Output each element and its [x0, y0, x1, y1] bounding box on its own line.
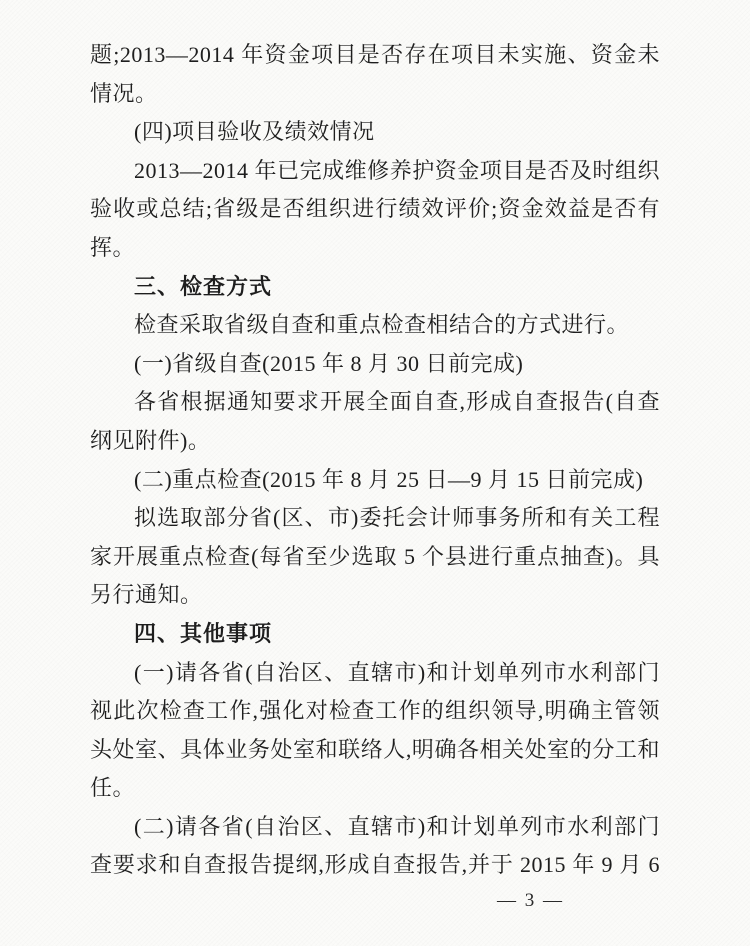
document-page: 题;2013—2014 年资金项目是否存在项目未实施、资金未使用的 情况。 (四…: [0, 0, 750, 946]
text-line: 检查采取省级自查和重点检查相结合的方式进行。: [90, 306, 660, 345]
text-line: (四)项目验收及绩效情况: [90, 113, 660, 152]
text-line: (一)省级自查(2015 年 8 月 30 日前完成): [90, 345, 660, 384]
text-line: 拟选取部分省(区、市)委托会计师事务所和有关工程管理专: [90, 499, 660, 538]
text-line: 另行通知。: [90, 576, 660, 615]
text-line: (一)请各省(自治区、直辖市)和计划单列市水利部门高度重: [90, 654, 660, 693]
text-line: 任。: [90, 769, 660, 808]
text-line: 家开展重点检查(每省至少选取 5 个县进行重点抽查)。具体安排: [90, 538, 660, 577]
text-line: 题;2013—2014 年资金项目是否存在项目未实施、资金未使用的: [90, 36, 660, 75]
text-line: 2013—2014 年已完成维修养护资金项目是否及时组织进行: [90, 152, 660, 191]
text-line: 情况。: [90, 75, 660, 114]
scanned-document-background: { "colors": { "paper": "#fbfbf9", "ink":…: [0, 0, 750, 946]
text-line: (二)请各省(自治区、直辖市)和计划单列市水利部门按照检: [90, 808, 660, 847]
section-heading: 三、检查方式: [90, 268, 660, 307]
text-line: 挥。: [90, 229, 660, 268]
text-line: 验收或总结;省级是否组织进行绩效评价;资金效益是否有效发: [90, 190, 660, 229]
text-line: 查要求和自查报告提纲,形成自查报告,并于 2015 年 9 月 6 日前: [90, 846, 660, 885]
text-line: 视此次检查工作,强化对检查工作的组织领导,明确主管领导、牵: [90, 692, 660, 731]
page-number: — 3 —: [90, 888, 660, 914]
text-line: 各省根据通知要求开展全面自查,形成自查报告(自查报告提: [90, 383, 660, 422]
text-line: 头处室、具体业务处室和联络人,明确各相关处室的分工和有关责: [90, 731, 660, 770]
section-heading: 四、其他事项: [90, 615, 660, 654]
text-line: 纲见附件)。: [90, 422, 660, 461]
text-line: (二)重点检查(2015 年 8 月 25 日—9 月 15 日前完成): [90, 461, 660, 500]
